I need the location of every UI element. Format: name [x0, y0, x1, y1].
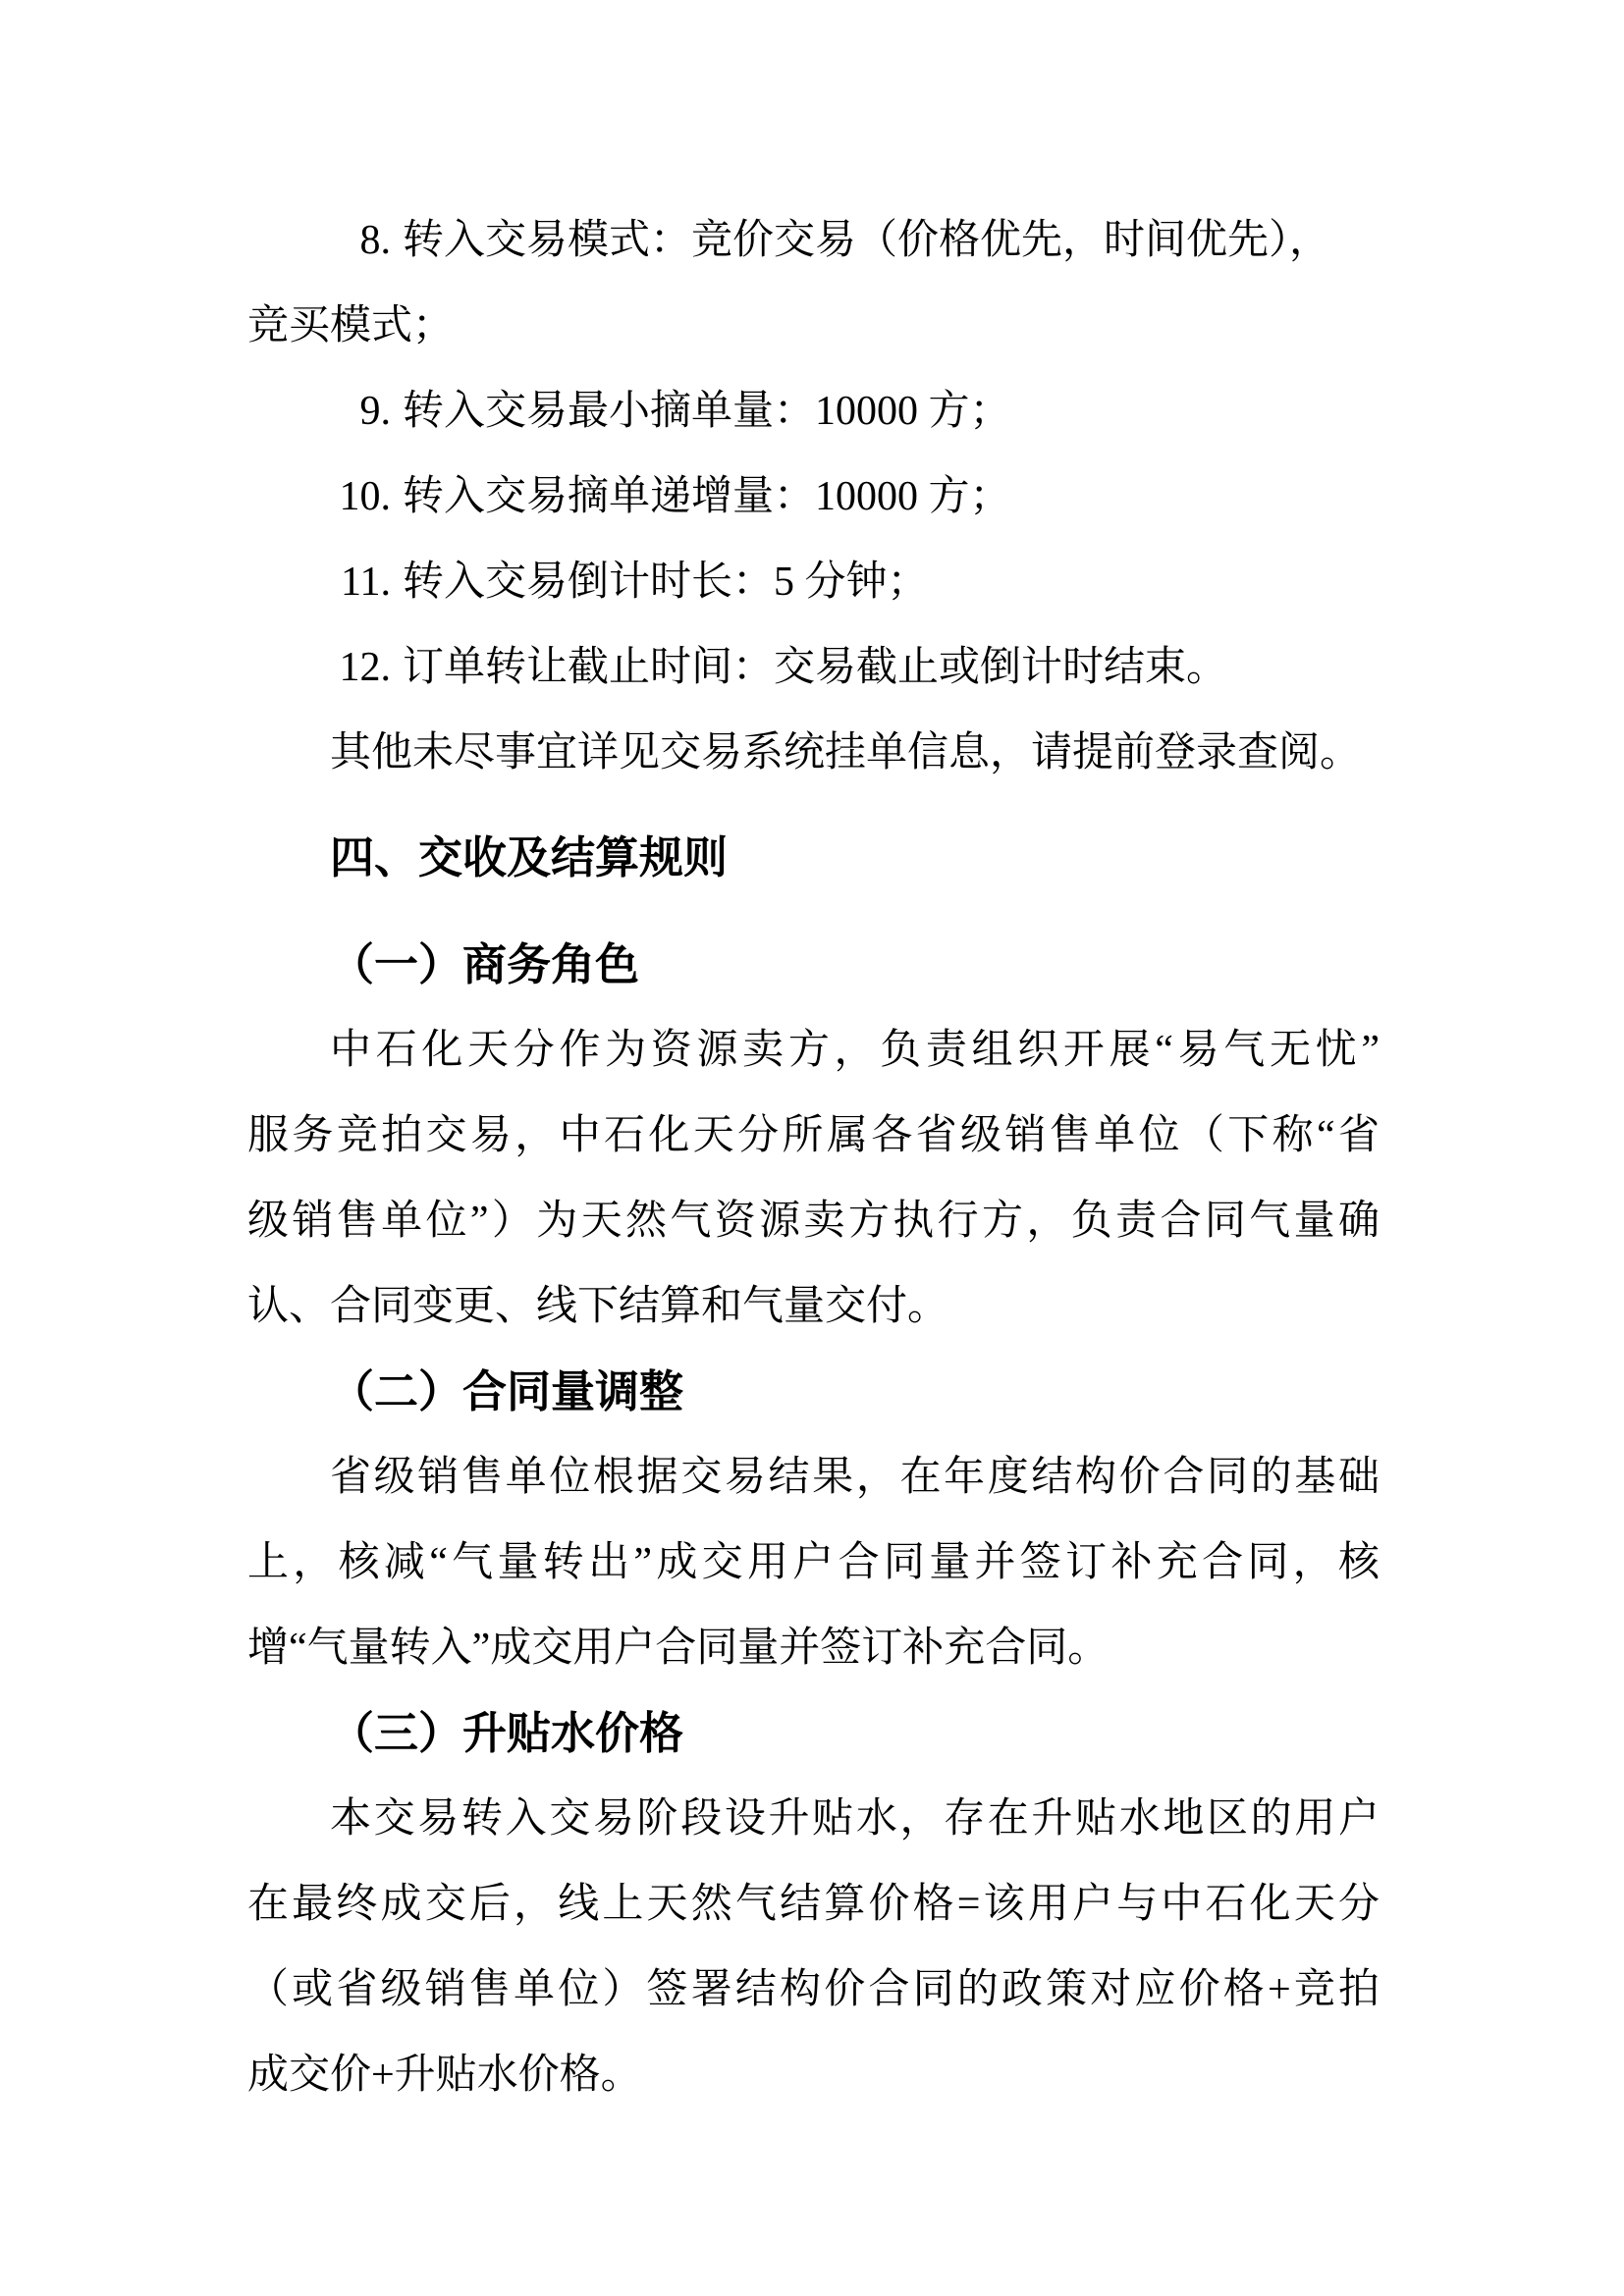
paragraph-premium-price-line-4: 成交价+升贴水价格。	[247, 2033, 1380, 2118]
paragraph-business-role-line-1: 中石化天分作为资源卖方，负责组织开展“易气无忧”	[247, 1008, 1380, 1094]
paragraph-business-role-line-2: 服务竞拍交易，中石化天分所属各省级销售单位（下称“省	[247, 1094, 1380, 1179]
paragraph-premium-price-line-3: （或省级销售单位）签署结构价合同的政策对应价格+竞拍	[247, 1948, 1380, 2033]
list-item-8: 8.转入交易模式：竞价交易（价格优先，时间优先），	[247, 198, 1380, 284]
list-item-8-number: 8.	[247, 198, 391, 284]
list-item-10-number: 10.	[247, 454, 391, 540]
subsection-heading-3: （三）升贴水价格	[247, 1691, 1380, 1777]
paragraph-premium-price-line-1: 本交易转入交易阶段设升贴水，存在升贴水地区的用户	[247, 1777, 1380, 1862]
subsection-heading-2: （二）合同量调整	[247, 1350, 1380, 1435]
paragraph-business-role-line-3: 级销售单位”）为天然气资源卖方执行方，负责合同气量确	[247, 1179, 1380, 1264]
paragraph-contract-adjust-line-2: 上，核减“气量转出”成交用户合同量并签订补充合同，核	[247, 1521, 1380, 1606]
list-item-8-text: 转入交易模式：竞价交易（价格优先，时间优先），	[403, 218, 1330, 263]
paragraph-business-role-line-4: 认、合同变更、线下结算和气量交付。	[247, 1264, 1380, 1350]
list-item-10: 10.转入交易摘单递增量：10000 方；	[247, 454, 1380, 540]
list-item-8-continuation: 竞买模式；	[247, 284, 1380, 369]
list-item-12-number: 12.	[247, 625, 391, 711]
subsection-heading-1: （一）商务角色	[247, 923, 1380, 1008]
paragraph-premium-price-line-2: 在最终成交后，线上天然气结算价格=该用户与中石化天分	[247, 1862, 1380, 1948]
list-item-9-text: 转入交易最小摘单量：10000 方；	[403, 389, 1011, 434]
document-page: 8.转入交易模式：竞价交易（价格优先，时间优先）， 竞买模式； 9.转入交易最小…	[0, 0, 1624, 2296]
paragraph-contract-adjust-line-3: 增“气量转入”成交用户合同量并签订补充合同。	[247, 1606, 1380, 1691]
list-item-9-number: 9.	[247, 369, 391, 454]
paragraph-contract-adjust-line-1: 省级销售单位根据交易结果，在年度结构价合同的基础	[247, 1435, 1380, 1521]
list-item-12-text: 订单转让截止时间：交易截止或倒计时结束。	[403, 645, 1227, 690]
paragraph-other-matters: 其他未尽事宜详见交易系统挂单信息，请提前登录查阅。	[247, 711, 1380, 796]
list-item-10-text: 转入交易摘单递增量：10000 方；	[403, 474, 1011, 519]
list-item-11-text: 转入交易倒计时长：5 分钟；	[403, 560, 929, 605]
document-body: 8.转入交易模式：竞价交易（价格优先，时间优先）， 竞买模式； 9.转入交易最小…	[247, 198, 1380, 2118]
list-item-11-number: 11.	[247, 540, 391, 625]
section-heading-4: 四、交收及结算规则	[247, 816, 1380, 901]
list-item-12: 12.订单转让截止时间：交易截止或倒计时结束。	[247, 625, 1380, 711]
list-item-9: 9.转入交易最小摘单量：10000 方；	[247, 369, 1380, 454]
list-item-11: 11.转入交易倒计时长：5 分钟；	[247, 540, 1380, 625]
